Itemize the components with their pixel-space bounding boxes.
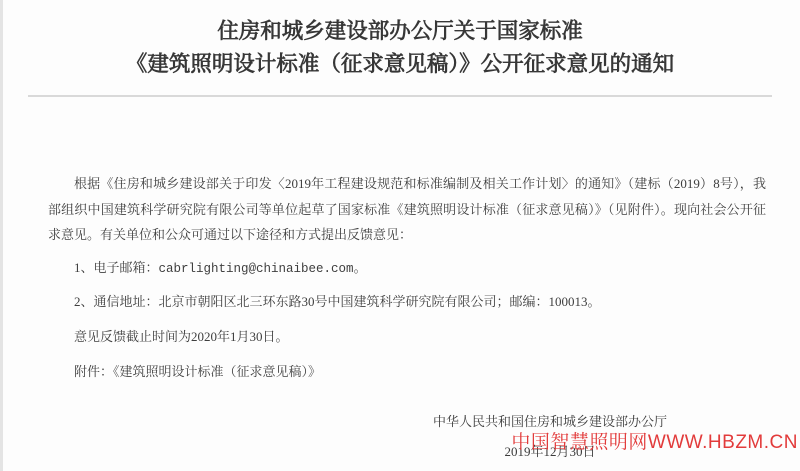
- email-label: 1、电子邮箱：: [74, 260, 159, 275]
- email-list-item: 1、电子邮箱：cabrlighting@chinaibee.com。: [48, 255, 766, 283]
- email-address: cabrlighting@chinaibee.com: [159, 262, 354, 276]
- notice-title: 住房和城乡建设部办公厅关于国家标准 《建筑照明设计标准（征求意见稿）》公开征求意…: [0, 0, 800, 80]
- notice-page: 住房和城乡建设部办公厅关于国家标准 《建筑照明设计标准（征求意见稿）》公开征求意…: [0, 0, 800, 471]
- notice-title-line1: 住房和城乡建设部办公厅关于国家标准: [0, 15, 800, 48]
- title-divider: [28, 95, 772, 97]
- site-watermark: 中国智慧照明网WWW.HBZM.CN: [511, 427, 798, 454]
- page-edge-shadow: [0, 0, 3, 471]
- address-list-item: 2、通信地址：北京市朝阳区北三环东路30号中国建筑科学研究院有限公司；邮编：10…: [48, 289, 766, 315]
- deadline-line: 意见反馈截止时间为2020年1月30日。: [48, 324, 766, 350]
- intro-paragraph: 根据《住房和城乡建设部关于印发〈2019年工程建设规范和标准编制及相关工作计划〉…: [48, 171, 766, 248]
- attachment-line: 附件：《建筑照明设计标准（征求意见稿）》: [48, 359, 766, 385]
- email-period: 。: [354, 260, 367, 275]
- notice-body: 根据《住房和城乡建设部关于印发〈2019年工程建设规范和标准编制及相关工作计划〉…: [48, 171, 766, 385]
- notice-title-line2: 《建筑照明设计标准（征求意见稿）》公开征求意见的通知: [0, 48, 800, 81]
